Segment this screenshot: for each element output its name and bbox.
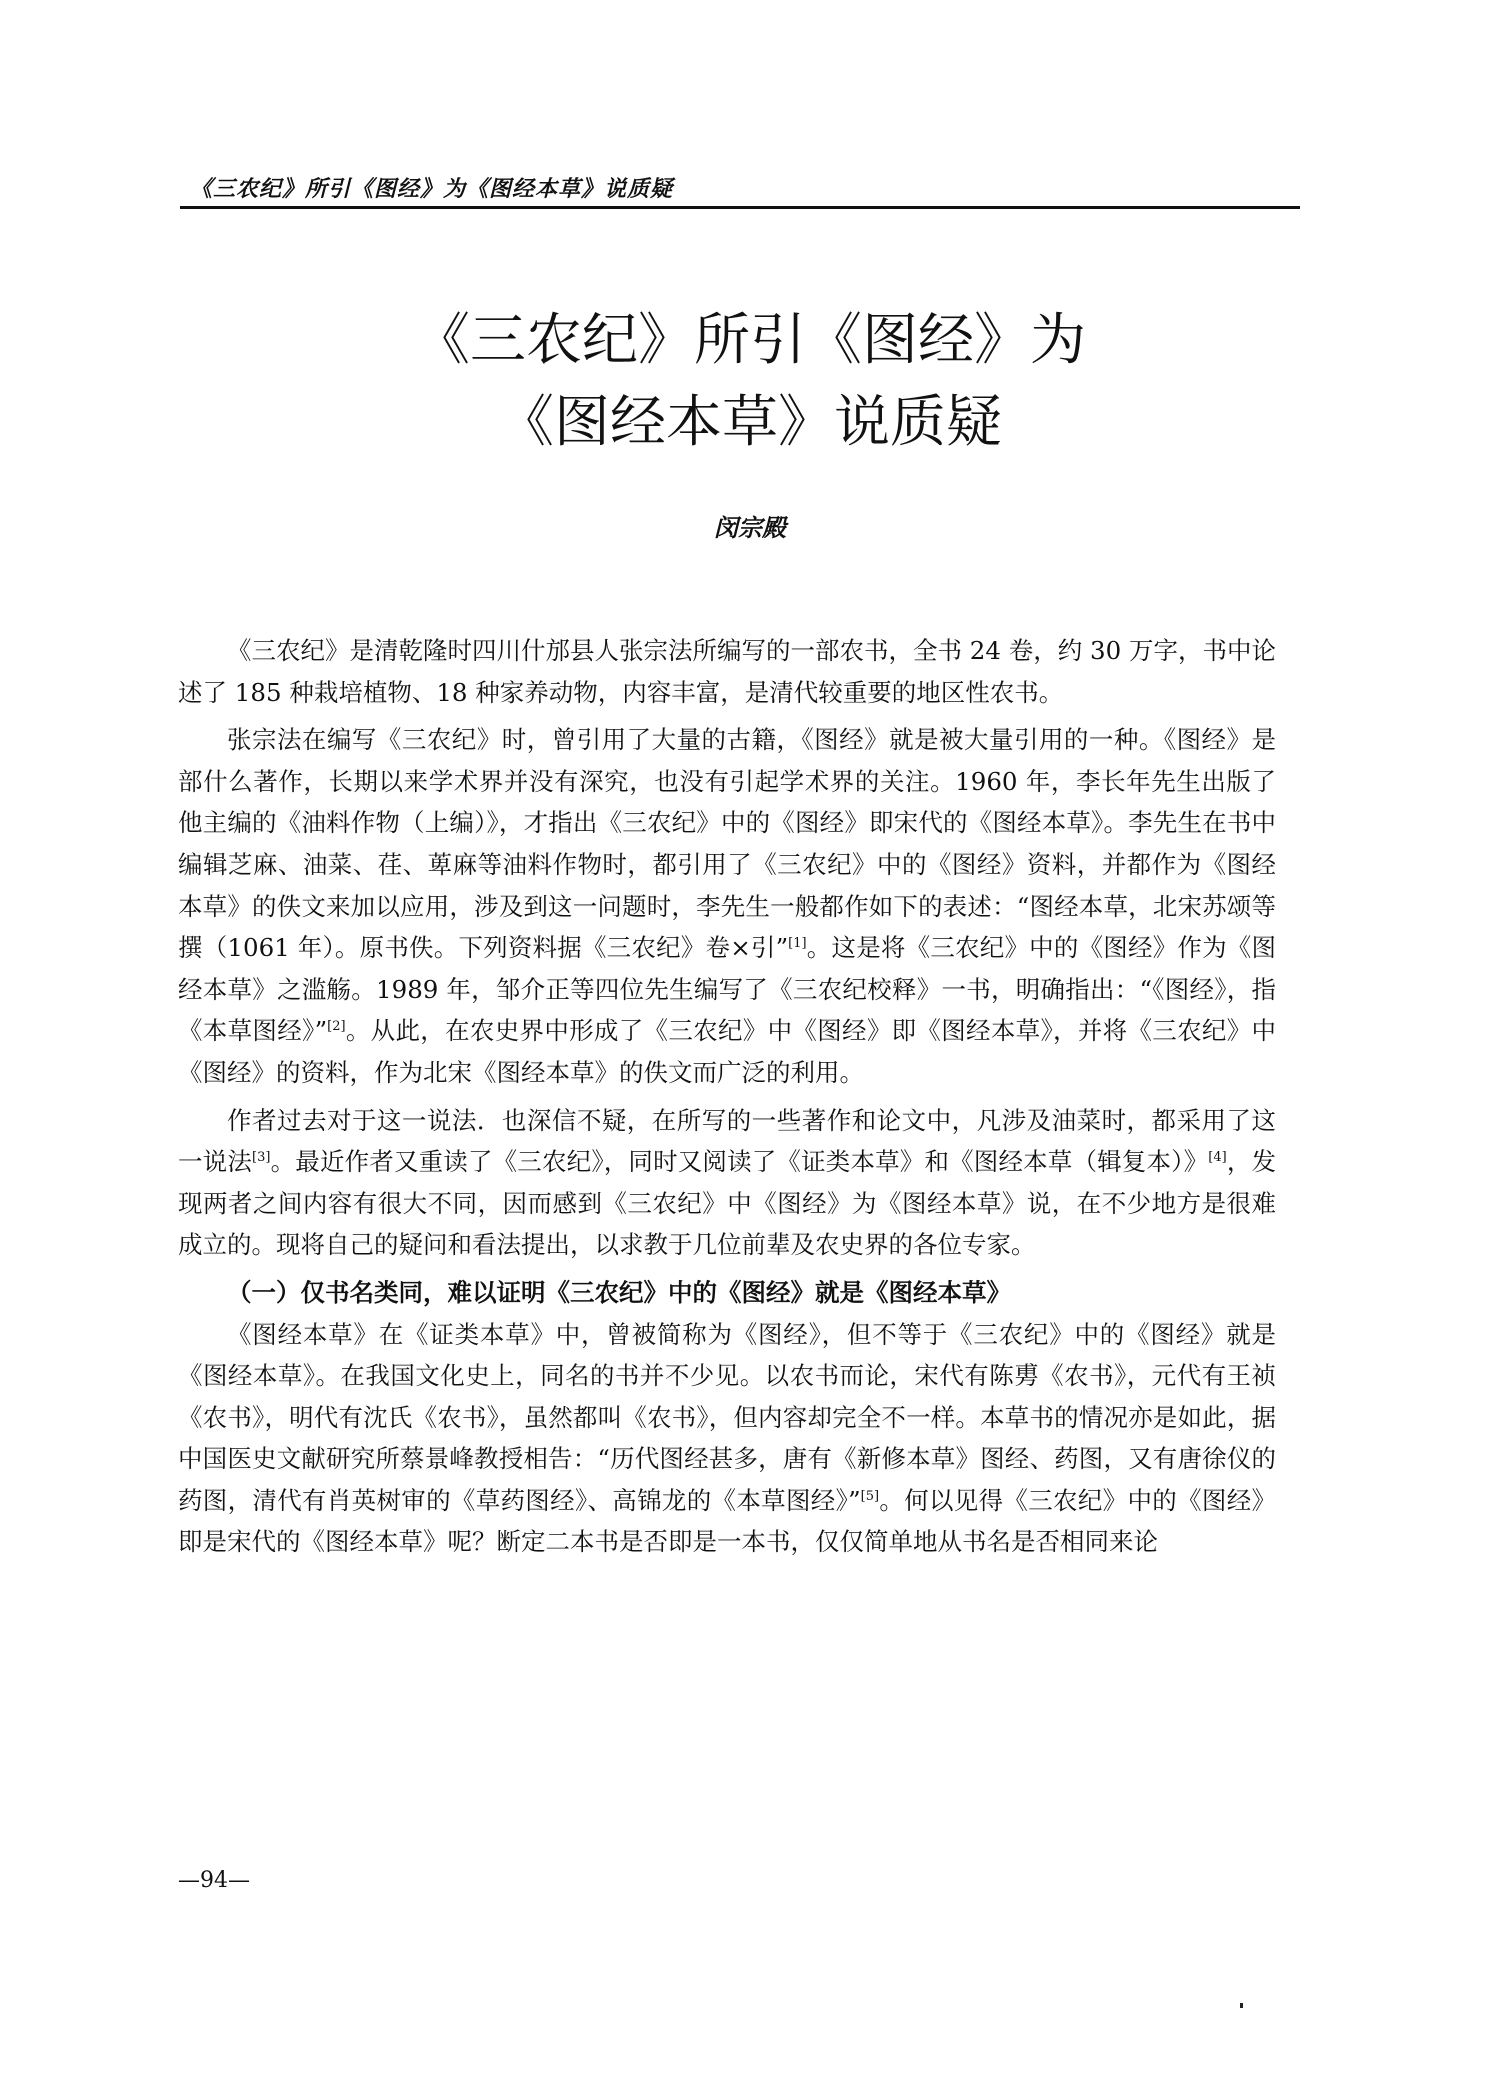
running-head: 《三农纪》所引《图经》为《图经本草》说质疑: [190, 172, 673, 203]
citation-ref-1: [1]: [788, 936, 806, 951]
paragraph-2: 张宗法在编写《三农纪》时，曾引用了大量的古籍，《图经》就是被大量引用的一种。《图…: [178, 719, 1276, 1093]
citation-ref-5: [5]: [861, 1489, 879, 1504]
paragraph-1: 《三农纪》是清乾隆时四川什邡县人张宗法所编写的一部农书，全书 24 卷，约 30…: [178, 630, 1276, 713]
citation-ref-4: [4]: [1208, 1150, 1226, 1165]
author-name: 闵宗殿: [0, 508, 1500, 543]
paragraph-2-text-a: 张宗法在编写《三农纪》时，曾引用了大量的古籍，《图经》就是被大量引用的一种。《图…: [178, 725, 1276, 962]
title-line-2: 《图经本草》说质疑: [0, 382, 1500, 464]
header-rule: [180, 206, 1300, 209]
citation-ref-3: [3]: [252, 1150, 270, 1165]
article-title: 《三农纪》所引《图经》为 《图经本草》说质疑: [0, 300, 1500, 464]
article-body: 《三农纪》是清乾隆时四川什邡县人张宗法所编写的一部农书，全书 24 卷，约 30…: [178, 630, 1276, 1569]
citation-ref-2: [2]: [327, 1019, 345, 1034]
scan-speck: [1240, 2003, 1243, 2008]
paragraph-3-text-b: 。最近作者又重读了《三农纪》，同时又阅读了《证类本草》和《图经本草（辑复本）》: [270, 1147, 1208, 1176]
section-heading: （一）仅书名类同，难以证明《三农纪》中的《图经》就是《图经本草》: [178, 1272, 1276, 1314]
page-number: —94—: [178, 1868, 250, 1893]
title-line-1: 《三农纪》所引《图经》为: [0, 300, 1500, 382]
paragraph-4: 《图经本草》在《证类本草》中，曾被简称为《图经》，但不等于《三农纪》中的《图经》…: [178, 1314, 1276, 1564]
paragraph-3: 作者过去对于这一说法．也深信不疑，在所写的一些著作和论文中，凡涉及油菜时，都采用…: [178, 1100, 1276, 1266]
